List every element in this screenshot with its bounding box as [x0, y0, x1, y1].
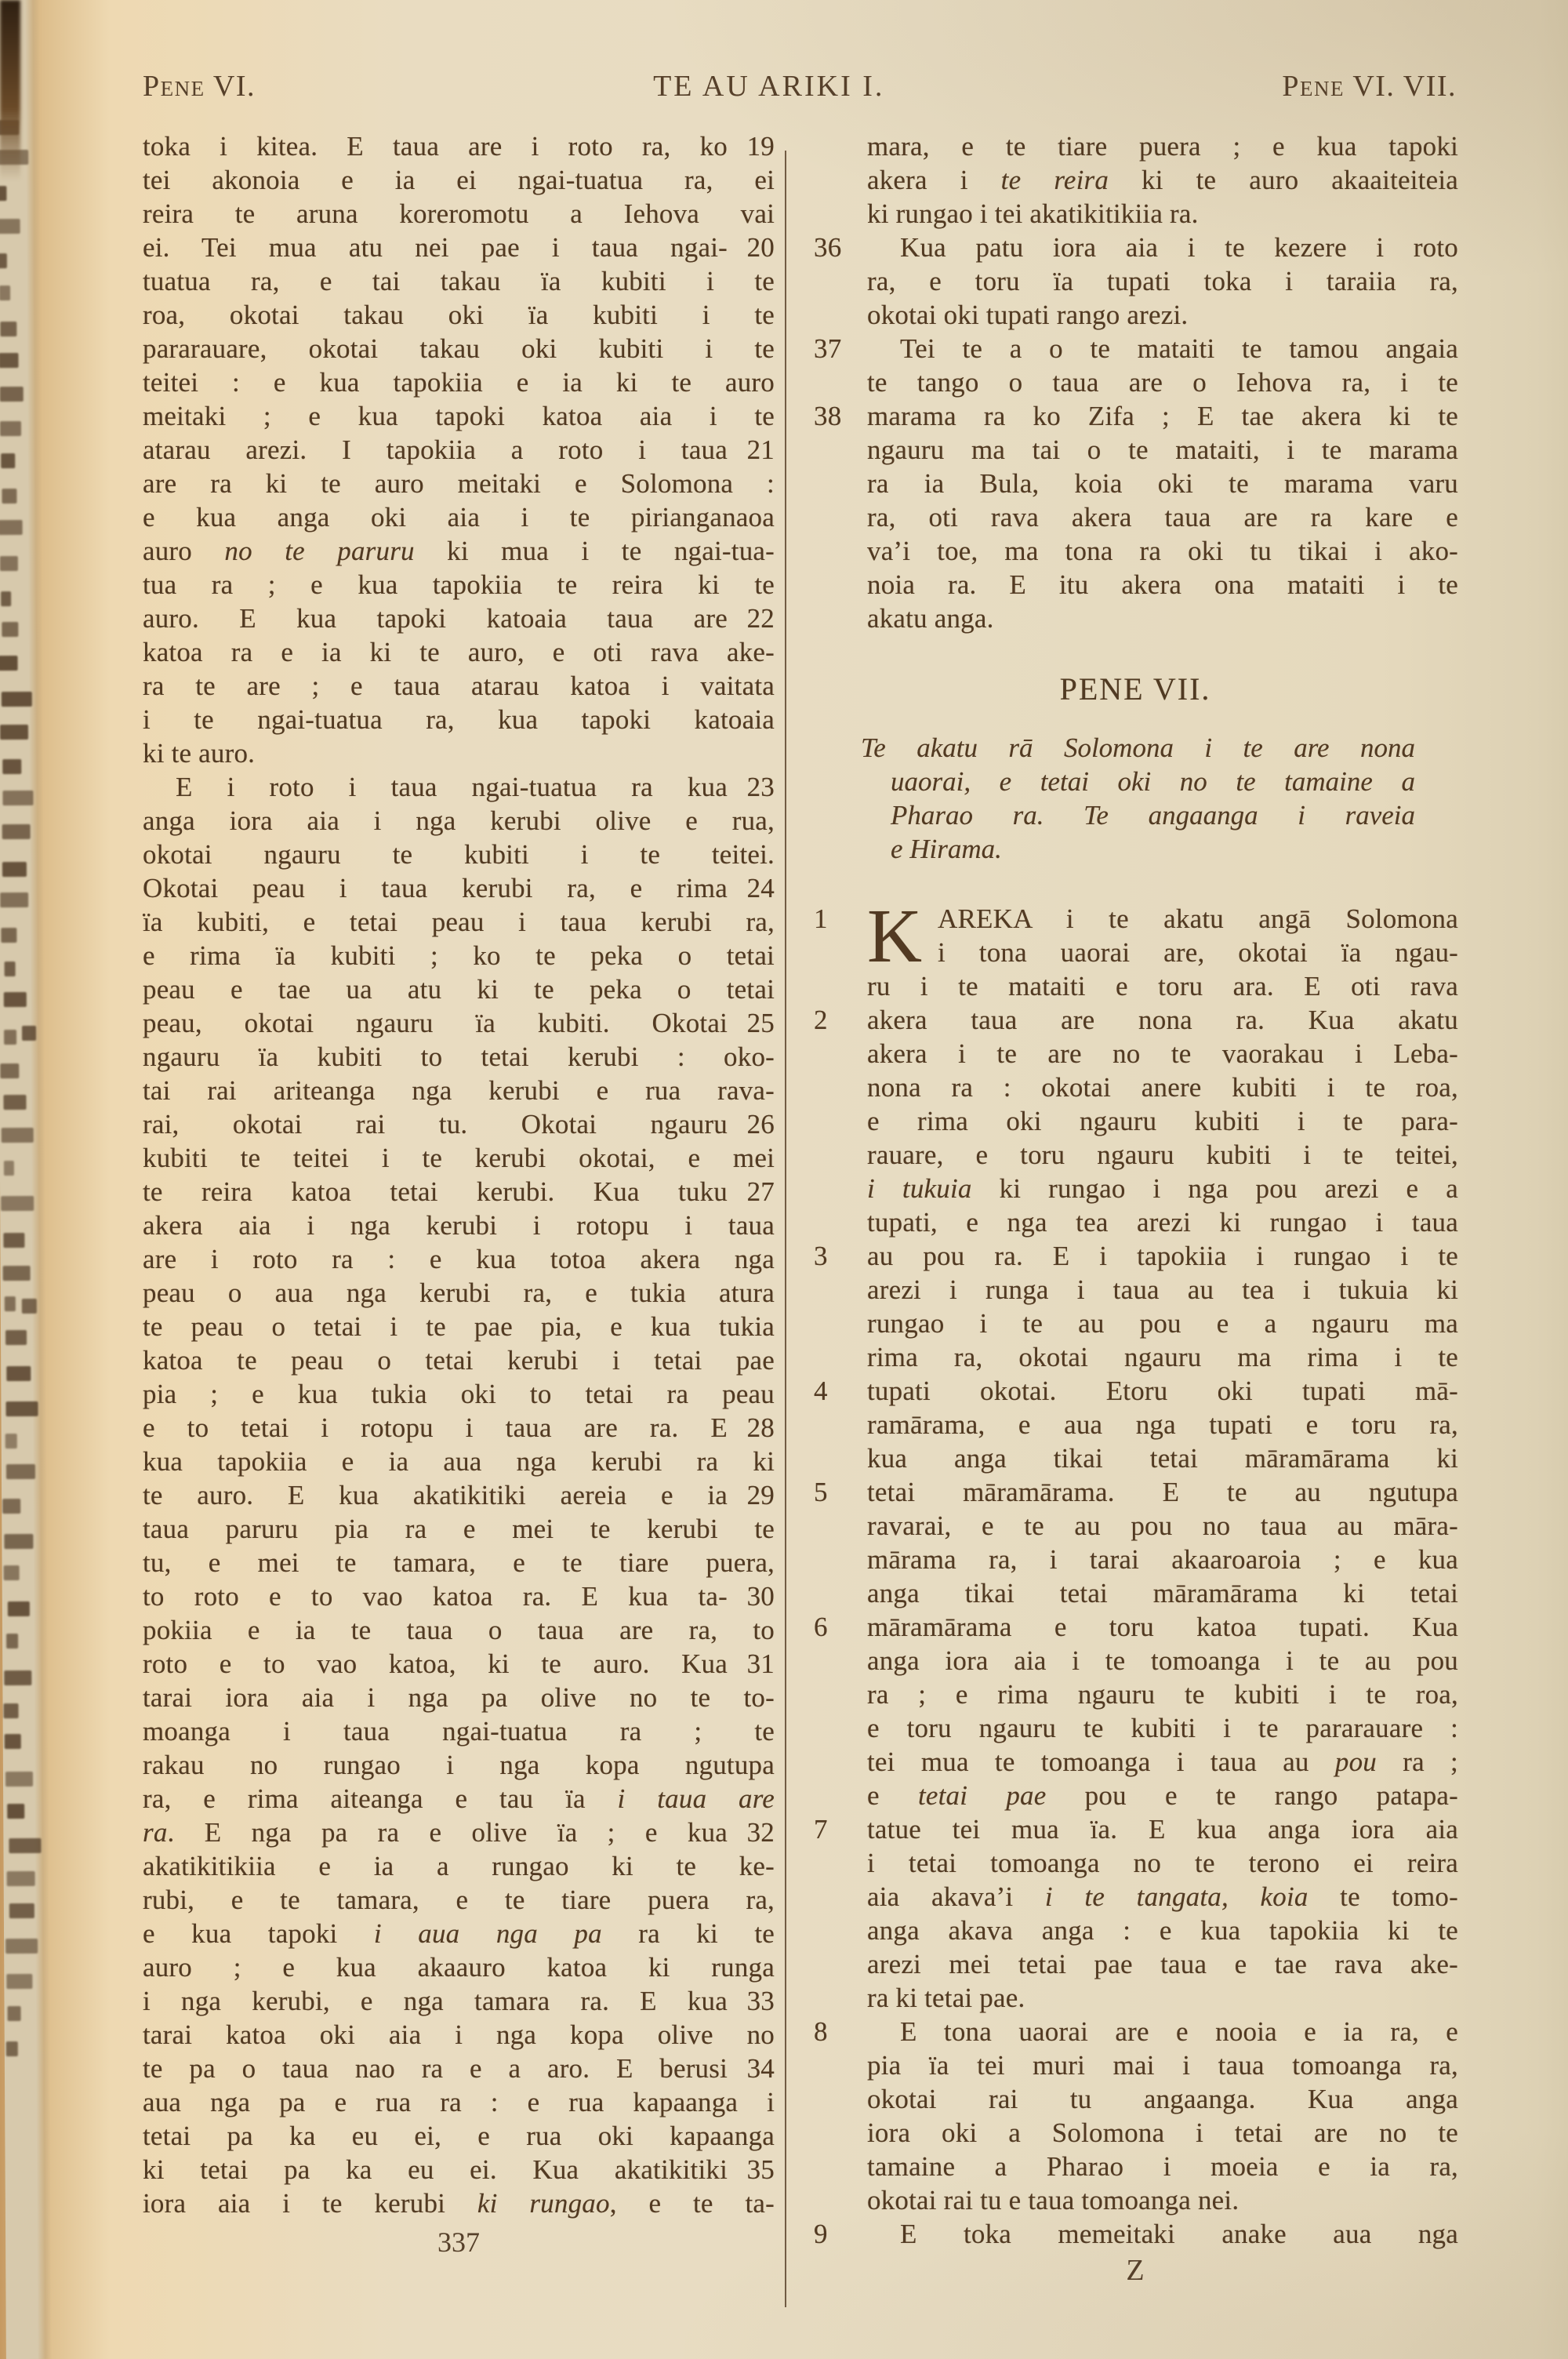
- text-line: ra ; e rima ngauru te kubiti i te roa,: [812, 1677, 1458, 1711]
- verse-number: 31: [747, 1647, 775, 1681]
- text-line: i te ngai-tuatua ra, kua tapoki katoaia: [143, 703, 775, 736]
- verse-number: 37: [814, 332, 841, 365]
- text-line: peau e tae ua atu ki te peka o tetai: [143, 972, 775, 1006]
- line-text: peau, okotai ngauru ïa kubiti. Okotai: [143, 1008, 728, 1038]
- facing-text-fragment: [0, 725, 28, 740]
- text-line: akera i te reira ki te auro akaaiteiteia: [812, 163, 1458, 197]
- book-page-scan: Pene VI. TE AU ARIKI I. Pene VI. VII. 19…: [0, 0, 1568, 2359]
- text-line: 4tupati okotai. Etoru oki tupati mā-: [812, 1374, 1458, 1408]
- line-text: katoa ra e ia ki te auro, e oti rava ake…: [143, 637, 775, 667]
- line-text: tupati, e nga tea arezi ki rungao i taua: [867, 1207, 1458, 1238]
- line-text: mārama ra, i tarai akaaroaroia ; e kua: [867, 1544, 1458, 1575]
- facing-text-fragment: [3, 992, 27, 1007]
- line-text: ra, e toru ïa tupati toka i taraiia ra,: [867, 266, 1458, 296]
- text-line: tetai pa ka eu ei, e rua oki kapaanga: [143, 2119, 775, 2153]
- text-line: okotai rai tu angaanga. Kua anga: [812, 2082, 1458, 2116]
- verse-number: 27: [747, 1175, 775, 1209]
- text-line: 37Tei te a o te mataiti te tamou angaia: [812, 332, 1458, 365]
- text-line: e tetai pae pou e te rango patapa-: [812, 1779, 1458, 1812]
- text-line: okotai rai tu e taua tomoanga nei.: [812, 2183, 1458, 2217]
- line-text: ra te are ; e taua atarau katoa i vaitat…: [143, 671, 775, 701]
- text-line: taua paruru pia ra e mei te kerubi te: [143, 1512, 775, 1546]
- text-line: akera i te are no te vaorakau i Leba-: [812, 1037, 1458, 1070]
- line-text: toka i kitea. E taua are i roto ra, ko: [143, 131, 728, 162]
- line-text: pararauare, okotai takau oki kubiti i te: [143, 333, 775, 364]
- facing-text-fragment: [5, 1330, 27, 1345]
- line-text: Tei te a o te mataiti te tamou angaia: [900, 333, 1458, 364]
- line-text: i te ngai-tuatua ra, kua tapoki katoaia: [143, 704, 775, 735]
- line-text: noia ra. E itu akera ona mataiti i te: [867, 569, 1458, 600]
- text-line: ki te auro.: [143, 736, 775, 770]
- text-line: meitaki ; e kua tapoki katoa aia i te: [143, 399, 775, 433]
- line-text: akera taua are nona ra. Kua akatu: [867, 1005, 1458, 1035]
- facing-text-fragment: [5, 1734, 21, 1749]
- text-line: arezi mei tetai pae taua e tae rava ake-: [812, 1947, 1458, 1981]
- line-text: e to tetai i rotopu i taua are ra. E: [143, 1412, 728, 1443]
- facing-text-fragment: [0, 253, 7, 268]
- facing-text-fragment: [6, 1464, 35, 1479]
- facing-text-fragment: [4, 1703, 19, 1718]
- line-text: i tukuia ki rungao i nga pou arezi e a: [867, 1173, 1458, 1204]
- line-text: tetai pa ka eu ei, e rua oki kapaanga: [143, 2121, 775, 2151]
- text-line: okotai ngauru te kubiti i te teitei.: [143, 838, 775, 871]
- facing-text-fragment: [1, 692, 31, 707]
- line-text: i nga kerubi, e nga tamara ra. E kua: [143, 1986, 728, 2016]
- text-line: e kua anga oki aia i te pirianganaoa: [143, 500, 775, 534]
- facing-text-fragment: [9, 1838, 41, 1853]
- line-text: rauare, e toru ngauru kubiti i te teitei…: [867, 1140, 1458, 1170]
- text-line: e rima ïa kubiti ; ko te peka o tetai: [143, 939, 775, 972]
- text-line: tarai katoa oki aia i nga kopa olive no: [143, 2018, 775, 2052]
- line-text: tuatua ra, e tai takau ïa kubiti i te: [143, 266, 775, 296]
- text-line: ngauru ïa kubiti to tetai kerubi : oko-: [143, 1040, 775, 1074]
- verse-number: 9: [814, 2217, 828, 2251]
- text-line: tuatua ra, e tai takau ïa kubiti i te: [143, 264, 775, 298]
- facing-text-fragment: [5, 1534, 34, 1549]
- text-line: anga iora aia i te tomoanga i te au pou: [812, 1644, 1458, 1677]
- line-text: e rima oki ngauru kubiti i te para-: [867, 1106, 1458, 1136]
- text-line: 31roto e to vao katoa, ki te auro. Kua: [143, 1647, 775, 1681]
- text-line: noia ra. E itu akera ona mataiti i te: [812, 568, 1458, 602]
- text-line: ra te are ; e taua atarau katoa i vaitat…: [143, 669, 775, 703]
- line-text: teitei : e kua tapokiia e ia ki te auro: [143, 367, 775, 398]
- verse-number: 35: [747, 2153, 775, 2186]
- text-line: 26rai, okotai rai tu. Okotai ngauru: [143, 1107, 775, 1141]
- text-line: 19toka i kitea. E taua are i roto ra, ko: [143, 129, 775, 163]
- text-line: 29te auro. E kua akatikitiki aereia e ia: [143, 1478, 775, 1512]
- line-text: tei akonoia e ia ei ngai-tuatua ra, ei: [143, 165, 775, 195]
- text-line: rauare, e toru ngauru kubiti i te teitei…: [812, 1138, 1458, 1172]
- text-line: tai rai ariteanga nga kerubi e rua rava-: [143, 1074, 775, 1107]
- line-text: te auro. E kua akatikitiki aereia e ia: [143, 1480, 728, 1510]
- text-line: arezi i runga i taua au tea i tukuia ki: [812, 1273, 1458, 1307]
- text-line: ki rungao i tei akatikitikiia ra.: [812, 197, 1458, 231]
- line-text: ra, e rima aiteanga e tau ïa i taua are: [143, 1783, 775, 1814]
- line-text: moanga i taua ngai-tuatua ra ; te: [143, 1716, 775, 1747]
- line-text: ramārama, e aua nga tupati e toru ra,: [867, 1409, 1458, 1440]
- text-line: 6māramārama e toru katoa tupati. Kua: [812, 1610, 1458, 1644]
- text-line: 7tatue tei mua ïa. E kua anga iora aia: [812, 1812, 1458, 1846]
- text-line: va’i toe, ma tona ra oki tu tikai i ako-: [812, 534, 1458, 568]
- text-line: ïa kubiti, e tetai peau i taua kerubi ra…: [143, 905, 775, 939]
- text-line: moanga i taua ngai-tuatua ra ; te: [143, 1714, 775, 1748]
- facing-text-fragment: [22, 1026, 37, 1041]
- line-text: e tetai pae pou e te rango patapa-: [867, 1780, 1458, 1811]
- line-text: peau e tae ua atu ki te peka o tetai: [143, 974, 775, 1005]
- line-text: ra. E nga pa ra e olive ïa ; e kua: [143, 1817, 728, 1848]
- verse-number: 28: [747, 1411, 775, 1445]
- line-text: tu, e mei te tamara, e te tiare puera,: [143, 1547, 775, 1578]
- text-line: okotai oki tupati rango arezi.: [812, 298, 1458, 332]
- facing-text-fragment: [4, 1161, 14, 1176]
- line-text: E i roto i taua ngai-tuatua ra kua: [176, 772, 728, 802]
- facing-text-fragment: [4, 1670, 31, 1685]
- verse-number: 1: [814, 902, 828, 936]
- verse-number: 30: [747, 1579, 775, 1613]
- line-text: aua nga pa e rua ra : e rua kapaanga i: [143, 2087, 775, 2117]
- text-line: iora aia i te kerubi ki rungao, e te ta-: [143, 2186, 775, 2220]
- text-line: e toru ngauru te kubiti i te pararauare …: [812, 1711, 1458, 1745]
- line-text: roa, okotai takau oki ïa kubiti i te: [143, 300, 775, 330]
- text-line: 32ra. E nga pa ra e olive ïa ; e kua: [143, 1816, 775, 1849]
- text-line: nona ra : okotai anere kubiti i te roa,: [812, 1070, 1458, 1104]
- line-text: rubi, e te tamara, e te tiare puera ra,: [143, 1885, 775, 1915]
- text-line: ravarai, e te au pou no taua au māra-: [812, 1509, 1458, 1543]
- line-text: are i roto ra : e kua totoa akera nga: [143, 1244, 775, 1274]
- text-line: pia ; e kua tukia oki to tetai ra peau: [143, 1377, 775, 1411]
- facing-text-fragment: [0, 520, 22, 535]
- verse-number: 8: [814, 2015, 828, 2048]
- line-text: Kua patu iora aia i te kezere i roto: [900, 232, 1458, 263]
- facing-text-fragment: [6, 2041, 18, 2056]
- facing-text-fragment: [4, 1030, 17, 1045]
- verse-number: 22: [747, 602, 775, 635]
- facing-text-fragment: [2, 824, 31, 839]
- line-text: kua tapokiia e ia aua nga kerubi ra ki: [143, 1446, 775, 1477]
- facing-text-fragment: [2, 861, 26, 876]
- verse-number: 38: [814, 399, 841, 433]
- facing-text-fragment: [7, 1871, 35, 1886]
- line-text: nona ra : okotai anere kubiti i te roa,: [867, 1072, 1458, 1103]
- line-text: anga iora aia i nga kerubi olive e rua,: [143, 805, 775, 836]
- line-text: kubiti te teitei i te kerubi okotai, e m…: [143, 1143, 775, 1173]
- text-line: ru i te mataiti e toru ara. E oti rava: [812, 969, 1458, 1003]
- verse-number: 20: [747, 231, 775, 264]
- column-divider-rule: [785, 151, 786, 2307]
- facing-text-fragment: [21, 1299, 37, 1314]
- facing-text-fragment: [0, 387, 24, 402]
- facing-text-fragment: [2, 489, 17, 503]
- line-text: akera i te are no te vaorakau i Leba-: [867, 1038, 1458, 1069]
- line-text: va’i toe, ma tona ra oki tu tikai i ako-: [867, 536, 1458, 566]
- facing-text-fragment: [4, 961, 15, 976]
- line-text: AREKA i te akatu angā Solomona: [938, 903, 1458, 934]
- text-line: kua tapokiia e ia aua nga kerubi ra ki: [143, 1445, 775, 1478]
- chapter-summary: Te akatu rā Solomona i te are nonauaorai…: [861, 731, 1415, 866]
- line-text: katoa te peau o tetai kerubi i tetai pae: [143, 1345, 775, 1376]
- facing-text-fragment: [2, 1265, 31, 1280]
- facing-text-fragment: [3, 1233, 24, 1248]
- facing-text-fragment: [2, 622, 18, 637]
- line-text: e kua tapoki i aua nga pa ra ki te: [143, 1918, 775, 1949]
- text-line: tua ra ; e kua tapokiia te reira ki te: [143, 568, 775, 602]
- line-text: te pa o taua nao ra e a aro. E berusi: [143, 2053, 728, 2084]
- left-column: 19toka i kitea. E taua are i roto ra, ko…: [143, 129, 775, 2260]
- facing-text-fragment: [9, 1903, 34, 1918]
- line-text: reira te aruna koreromotu a Iehova vai: [143, 198, 775, 229]
- signature-mark: Z: [812, 2252, 1458, 2288]
- facing-text-fragment: [0, 285, 10, 300]
- text-line: 35ki tetai pa ka eu ei. Kua akatikitiki: [143, 2153, 775, 2186]
- facing-text-fragment: [0, 556, 18, 571]
- facing-text-fragment: [5, 1434, 17, 1448]
- text-line: iora oki a Solomona i tetai are no te: [812, 2116, 1458, 2150]
- text-line: 20ei. Tei mua atu nei pae i taua ngai-: [143, 231, 775, 264]
- line-text: arezi i runga i taua au tea i tukuia ki: [867, 1274, 1458, 1305]
- verse-number: 33: [747, 1984, 775, 2018]
- verse-number: 34: [747, 2052, 775, 2085]
- line-text: meitaki ; e kua tapoki katoa aia i te: [143, 401, 775, 431]
- line-text: tarai iora aia i nga pa olive no te to-: [143, 1682, 775, 1713]
- facing-text-fragment: [2, 1499, 20, 1514]
- text-line: aua nga pa e rua ra : e rua kapaanga i: [143, 2085, 775, 2119]
- text-line: are ra ki te auro meitaki e Solomona :: [143, 467, 775, 500]
- line-text: i tona uaorai are, okotai ïa ngau-: [938, 937, 1458, 968]
- line-text: ra ki tetai pae.: [867, 1983, 1025, 2013]
- line-text: tatue tei mua ïa. E kua anga iora aia: [867, 1814, 1458, 1845]
- facing-text-fragment: [6, 1634, 18, 1648]
- line-text: ei. Tei mua atu nei pae i taua ngai-: [143, 232, 728, 263]
- line-text: mara, e te tiare puera ; e kua tapoki: [867, 131, 1458, 162]
- text-line: e rima oki ngauru kubiti i te para-: [812, 1104, 1458, 1138]
- facing-text-fragment: [5, 1296, 16, 1311]
- line-text: rai, okotai rai tu. Okotai ngauru: [143, 1109, 728, 1140]
- line-text: ki tetai pa ka eu ei. Kua akatikitiki: [143, 2154, 728, 2185]
- line-text: te peau o tetai i te pae pia, e kua tuki…: [143, 1311, 775, 1342]
- verse-number: 4: [814, 1374, 828, 1408]
- line-text: E toka memeitaki anake aua nga: [900, 2219, 1458, 2249]
- line-text: akera aia i nga kerubi i rotopu i taua: [143, 1210, 775, 1241]
- line-text: ngauru ïa kubiti to tetai kerubi : oko-: [143, 1041, 775, 1072]
- facing-text-fragment: [1, 591, 12, 606]
- line-text: e rima ïa kubiti ; ko te peka o tetai: [143, 940, 775, 971]
- facing-text-fragment: [6, 1366, 31, 1381]
- line-text: pokiia e ia te taua o taua are ra, to: [143, 1615, 775, 1645]
- verse-number: 5: [814, 1475, 828, 1509]
- text-line: e kua tapoki i aua nga pa ra ki te: [143, 1917, 775, 1950]
- line-text: e kua anga oki aia i te pirianganaoa: [143, 502, 775, 533]
- text-line: 9E toka memeitaki anake aua nga: [812, 2217, 1458, 2251]
- text-line: mara, e te tiare puera ; e kua tapoki: [812, 129, 1458, 163]
- line-text: tai rai ariteanga nga kerubi e rua rava-: [143, 1075, 775, 1106]
- line-text: ki rungao i tei akatikitikiia ra.: [867, 198, 1199, 229]
- line-text: akera i te reira ki te auro akaaiteiteia: [867, 165, 1458, 195]
- verse-number: 25: [747, 1006, 775, 1040]
- header-chapter-left: Pene VI.: [143, 69, 256, 104]
- line-text: tamaine a Pharao i moeia e ia ra,: [867, 2151, 1458, 2182]
- line-text: ru i te mataiti e toru ara. E oti rava: [867, 971, 1458, 1001]
- text-line: 25peau, okotai ngauru ïa kubiti. Okotai: [143, 1006, 775, 1040]
- text-line: anga tikai tetai māramārama ki tetai: [812, 1576, 1458, 1610]
- line-text: rima ra, okotai ngauru ma rima i te: [867, 1342, 1458, 1372]
- running-header: Pene VI. TE AU ARIKI I. Pene VI. VII.: [143, 69, 1457, 104]
- text-line: 3au pou ra. E i tapokiia i rungao i te: [812, 1239, 1458, 1273]
- right-column-top-lines: mara, e te tiare puera ; e kua tapokiake…: [812, 129, 1458, 635]
- text-line: tamaine a Pharao i moeia e ia ra,: [812, 2150, 1458, 2183]
- line-text: E tona uaorai are e nooia e ia ra, e: [900, 2016, 1458, 2047]
- line-text: okotai oki tupati rango arezi.: [867, 300, 1188, 330]
- line-text: taua paruru pia ra e mei te kerubi te: [143, 1514, 775, 1544]
- verse-number: 29: [747, 1478, 775, 1512]
- line-text: ravarai, e te au pou no taua au māra-: [867, 1510, 1458, 1541]
- facing-text-fragment: [3, 759, 22, 774]
- text-line: akera aia i nga kerubi i rotopu i taua: [143, 1209, 775, 1242]
- text-line: roa, okotai takau oki ïa kubiti i te: [143, 298, 775, 332]
- summary-line: Pharao ra. Te angaanga i raveia: [861, 798, 1415, 832]
- facing-text-fragment: [8, 2006, 21, 2021]
- text-line: kua anga tikai tetai māramārama ki: [812, 1441, 1458, 1475]
- line-text: tua ra ; e kua tapokiia te reira ki te: [143, 569, 775, 600]
- text-line: 38marama ra ko Zifa ; E tae akera ki te: [812, 399, 1458, 433]
- text-line: te tango o taua are o Iehova ra, i te: [812, 365, 1458, 399]
- text-line: 30to roto e to vao katoa ra. E kua ta-: [143, 1579, 775, 1613]
- line-text: aia akava’i i te tangata, koia te tomo-: [867, 1881, 1458, 1912]
- facing-text-fragment: [1, 1128, 34, 1143]
- text-line: ra ki tetai pae.: [812, 1981, 1458, 2015]
- text-line: 28e to tetai i rotopu i taua are ra. E: [143, 1411, 775, 1445]
- text-line: pararauare, okotai takau oki kubiti i te: [143, 332, 775, 365]
- facing-text-fragment: [6, 1974, 32, 1989]
- text-line: pokiia e ia te taua o taua are ra, to: [143, 1613, 775, 1647]
- text-line: tei akonoia e ia ei ngai-tuatua ra, ei: [143, 163, 775, 197]
- facing-text-fragment: [0, 421, 21, 436]
- right-column-body-lines: 1KAREKA i te akatu angā Solomonai tona u…: [812, 902, 1458, 2251]
- line-text: ra ia Bula, koia oki te marama varu: [867, 468, 1458, 499]
- text-line: rakau no rungao i nga kopa ngutupa: [143, 1748, 775, 1782]
- facing-text-fragment: [7, 1804, 24, 1819]
- line-text: pia ; e kua tukia oki to tetai ra peau: [143, 1379, 775, 1409]
- line-text: okotai rai tu angaanga. Kua anga: [867, 2084, 1458, 2114]
- line-text: iora aia i te kerubi ki rungao, e te ta-: [143, 2188, 775, 2219]
- facing-text-fragment: [1, 453, 15, 468]
- facing-text-fragment: [0, 1063, 19, 1078]
- line-text: peau o aua nga kerubi ra, e tukia atura: [143, 1278, 775, 1308]
- line-text: to roto e to vao katoa ra. E kua ta-: [143, 1581, 728, 1612]
- line-text: Okotai peau i taua kerubi ra, e rima: [143, 873, 728, 903]
- verse-number: 21: [747, 433, 775, 467]
- verse-number: 6: [814, 1610, 828, 1644]
- text-line: anga iora aia i nga kerubi olive e rua,: [143, 804, 775, 838]
- text-line: ra, e toru ïa tupati toka i taraiia ra,: [812, 264, 1458, 298]
- facing-text-fragment: [8, 1601, 30, 1616]
- text-line: auro ; e kua akaauro katoa ki runga: [143, 1950, 775, 1984]
- line-text: rungao i te au pou e a ngauru ma: [867, 1308, 1458, 1339]
- right-column: mara, e te tiare puera ; e kua tapokiake…: [812, 129, 1458, 2288]
- text-line: katoa te peau o tetai kerubi i tetai pae: [143, 1343, 775, 1377]
- text-line: 27te reira katoa tetai kerubi. Kua tuku: [143, 1175, 775, 1209]
- line-text: auro no te paruru ki mua i te ngai-tua-: [143, 536, 775, 566]
- text-line: reira te aruna koreromotu a Iehova vai: [143, 197, 775, 231]
- text-line: are i roto ra : e kua totoa akera nga: [143, 1242, 775, 1276]
- text-line: 21atarau arezi. I tapokiia a roto i taua: [143, 433, 775, 467]
- line-text: auro. E kua tapoki katoaia taua are: [143, 603, 728, 634]
- line-text: anga iora aia i te tomoanga i te au pou: [867, 1645, 1458, 1676]
- facing-text-fragment: [0, 186, 7, 201]
- facing-text-fragment: [5, 1939, 38, 1954]
- facing-text-fragment: [0, 353, 18, 368]
- facing-text-fragment: [5, 1772, 33, 1787]
- line-text: te tango o taua are o Iehova ra, i te: [867, 367, 1458, 398]
- verse-number: 19: [747, 129, 775, 163]
- text-line: 33i nga kerubi, e nga tamara ra. E kua: [143, 1984, 775, 2018]
- line-text: ra ; e rima ngauru te kubiti i te roa,: [867, 1679, 1458, 1710]
- text-line: 23E i roto i taua ngai-tuatua ra kua: [143, 770, 775, 804]
- text-line: rima ra, okotai ngauru ma rima i te: [812, 1340, 1458, 1374]
- text-line: rungao i te au pou e a ngauru ma: [812, 1307, 1458, 1340]
- summary-line: Te akatu rā Solomona i te are nona: [861, 731, 1415, 765]
- text-line: rubi, e te tamara, e te tiare puera ra,: [143, 1883, 775, 1917]
- line-text: i tetai tomoanga no te terono ei reira: [867, 1848, 1458, 1878]
- text-line: katoa ra e ia ki te auro, e oti rava ake…: [143, 635, 775, 669]
- line-text: māramārama e toru katoa tupati. Kua: [867, 1612, 1458, 1642]
- verse-number: 23: [747, 770, 775, 804]
- page-number: 337: [143, 2225, 775, 2260]
- line-text: rakau no rungao i nga kopa ngutupa: [143, 1750, 775, 1780]
- line-text: kua anga tikai tetai māramārama ki: [867, 1443, 1458, 1474]
- text-line: ra, e rima aiteanga e tau ïa i taua are: [143, 1782, 775, 1816]
- facing-text-fragment: [0, 656, 17, 671]
- facing-text-fragment: [0, 322, 16, 336]
- header-chapter-right: Pene VI. VII.: [1282, 69, 1457, 104]
- text-line: tarai iora aia i nga pa olive no te to-: [143, 1681, 775, 1714]
- text-line: peau o aua nga kerubi ra, e tukia atura: [143, 1276, 775, 1310]
- line-text: tei mua te tomoanga i taua au pou ra ;: [867, 1747, 1458, 1777]
- line-text: atarau arezi. I tapokiia a roto i taua: [143, 434, 728, 465]
- text-line: i tetai tomoanga no te terono ei reira: [812, 1846, 1458, 1880]
- verse-number: 2: [814, 1003, 828, 1037]
- facing-text-fragment: [0, 219, 20, 234]
- chapter-heading: PENE VII.: [812, 670, 1458, 709]
- facing-text-fragment: [0, 892, 29, 907]
- gutter-corner-shadow: [0, 0, 20, 180]
- line-text: okotai rai tu e taua tomoanga nei.: [867, 2185, 1239, 2215]
- line-text: au pou ra. E i tapokiia i rungao i te: [867, 1241, 1458, 1271]
- facing-page-edge: [0, 0, 52, 2359]
- line-text: ra, oti rava akera taua are ra kare e: [867, 502, 1458, 533]
- text-line: auro no te paruru ki mua i te ngai-tua-: [143, 534, 775, 568]
- line-text: marama ra ko Zifa ; E tae akera ki te: [867, 401, 1458, 431]
- text-line: teitei : e kua tapokiia e ia ki te auro: [143, 365, 775, 399]
- verse-number: 3: [814, 1239, 828, 1273]
- line-text: pia ïa tei muri mai i taua tomoanga ra,: [867, 2050, 1458, 2081]
- line-text: akatikitikiia e ia a rungao ki te ke-: [143, 1851, 775, 1881]
- text-line: mārama ra, i tarai akaaroaroia ; e kua: [812, 1543, 1458, 1576]
- line-text: iora oki a Solomona i tetai are no te: [867, 2117, 1458, 2148]
- line-text: anga akava anga : e kua tapokiia ki te: [867, 1915, 1458, 1946]
- text-line: 2akera taua are nona ra. Kua akatu: [812, 1003, 1458, 1037]
- text-line: aia akava’i i te tangata, koia te tomo-: [812, 1880, 1458, 1914]
- line-text: ki te auro.: [143, 738, 255, 769]
- line-text: tarai katoa oki aia i nga kopa olive no: [143, 2019, 775, 2050]
- text-line: tu, e mei te tamara, e te tiare puera,: [143, 1546, 775, 1579]
- line-text: auro ; e kua akaauro katoa ki runga: [143, 1952, 775, 1983]
- text-line: 22auro. E kua tapoki katoaia taua are: [143, 602, 775, 635]
- facing-text-fragment: [6, 1401, 38, 1416]
- verse-number: 7: [814, 1812, 828, 1846]
- text-line: tei mua te tomoanga i taua au pou ra ;: [812, 1745, 1458, 1779]
- facing-text-fragment: [1, 928, 16, 943]
- line-text: te reira katoa tetai kerubi. Kua tuku: [143, 1176, 728, 1207]
